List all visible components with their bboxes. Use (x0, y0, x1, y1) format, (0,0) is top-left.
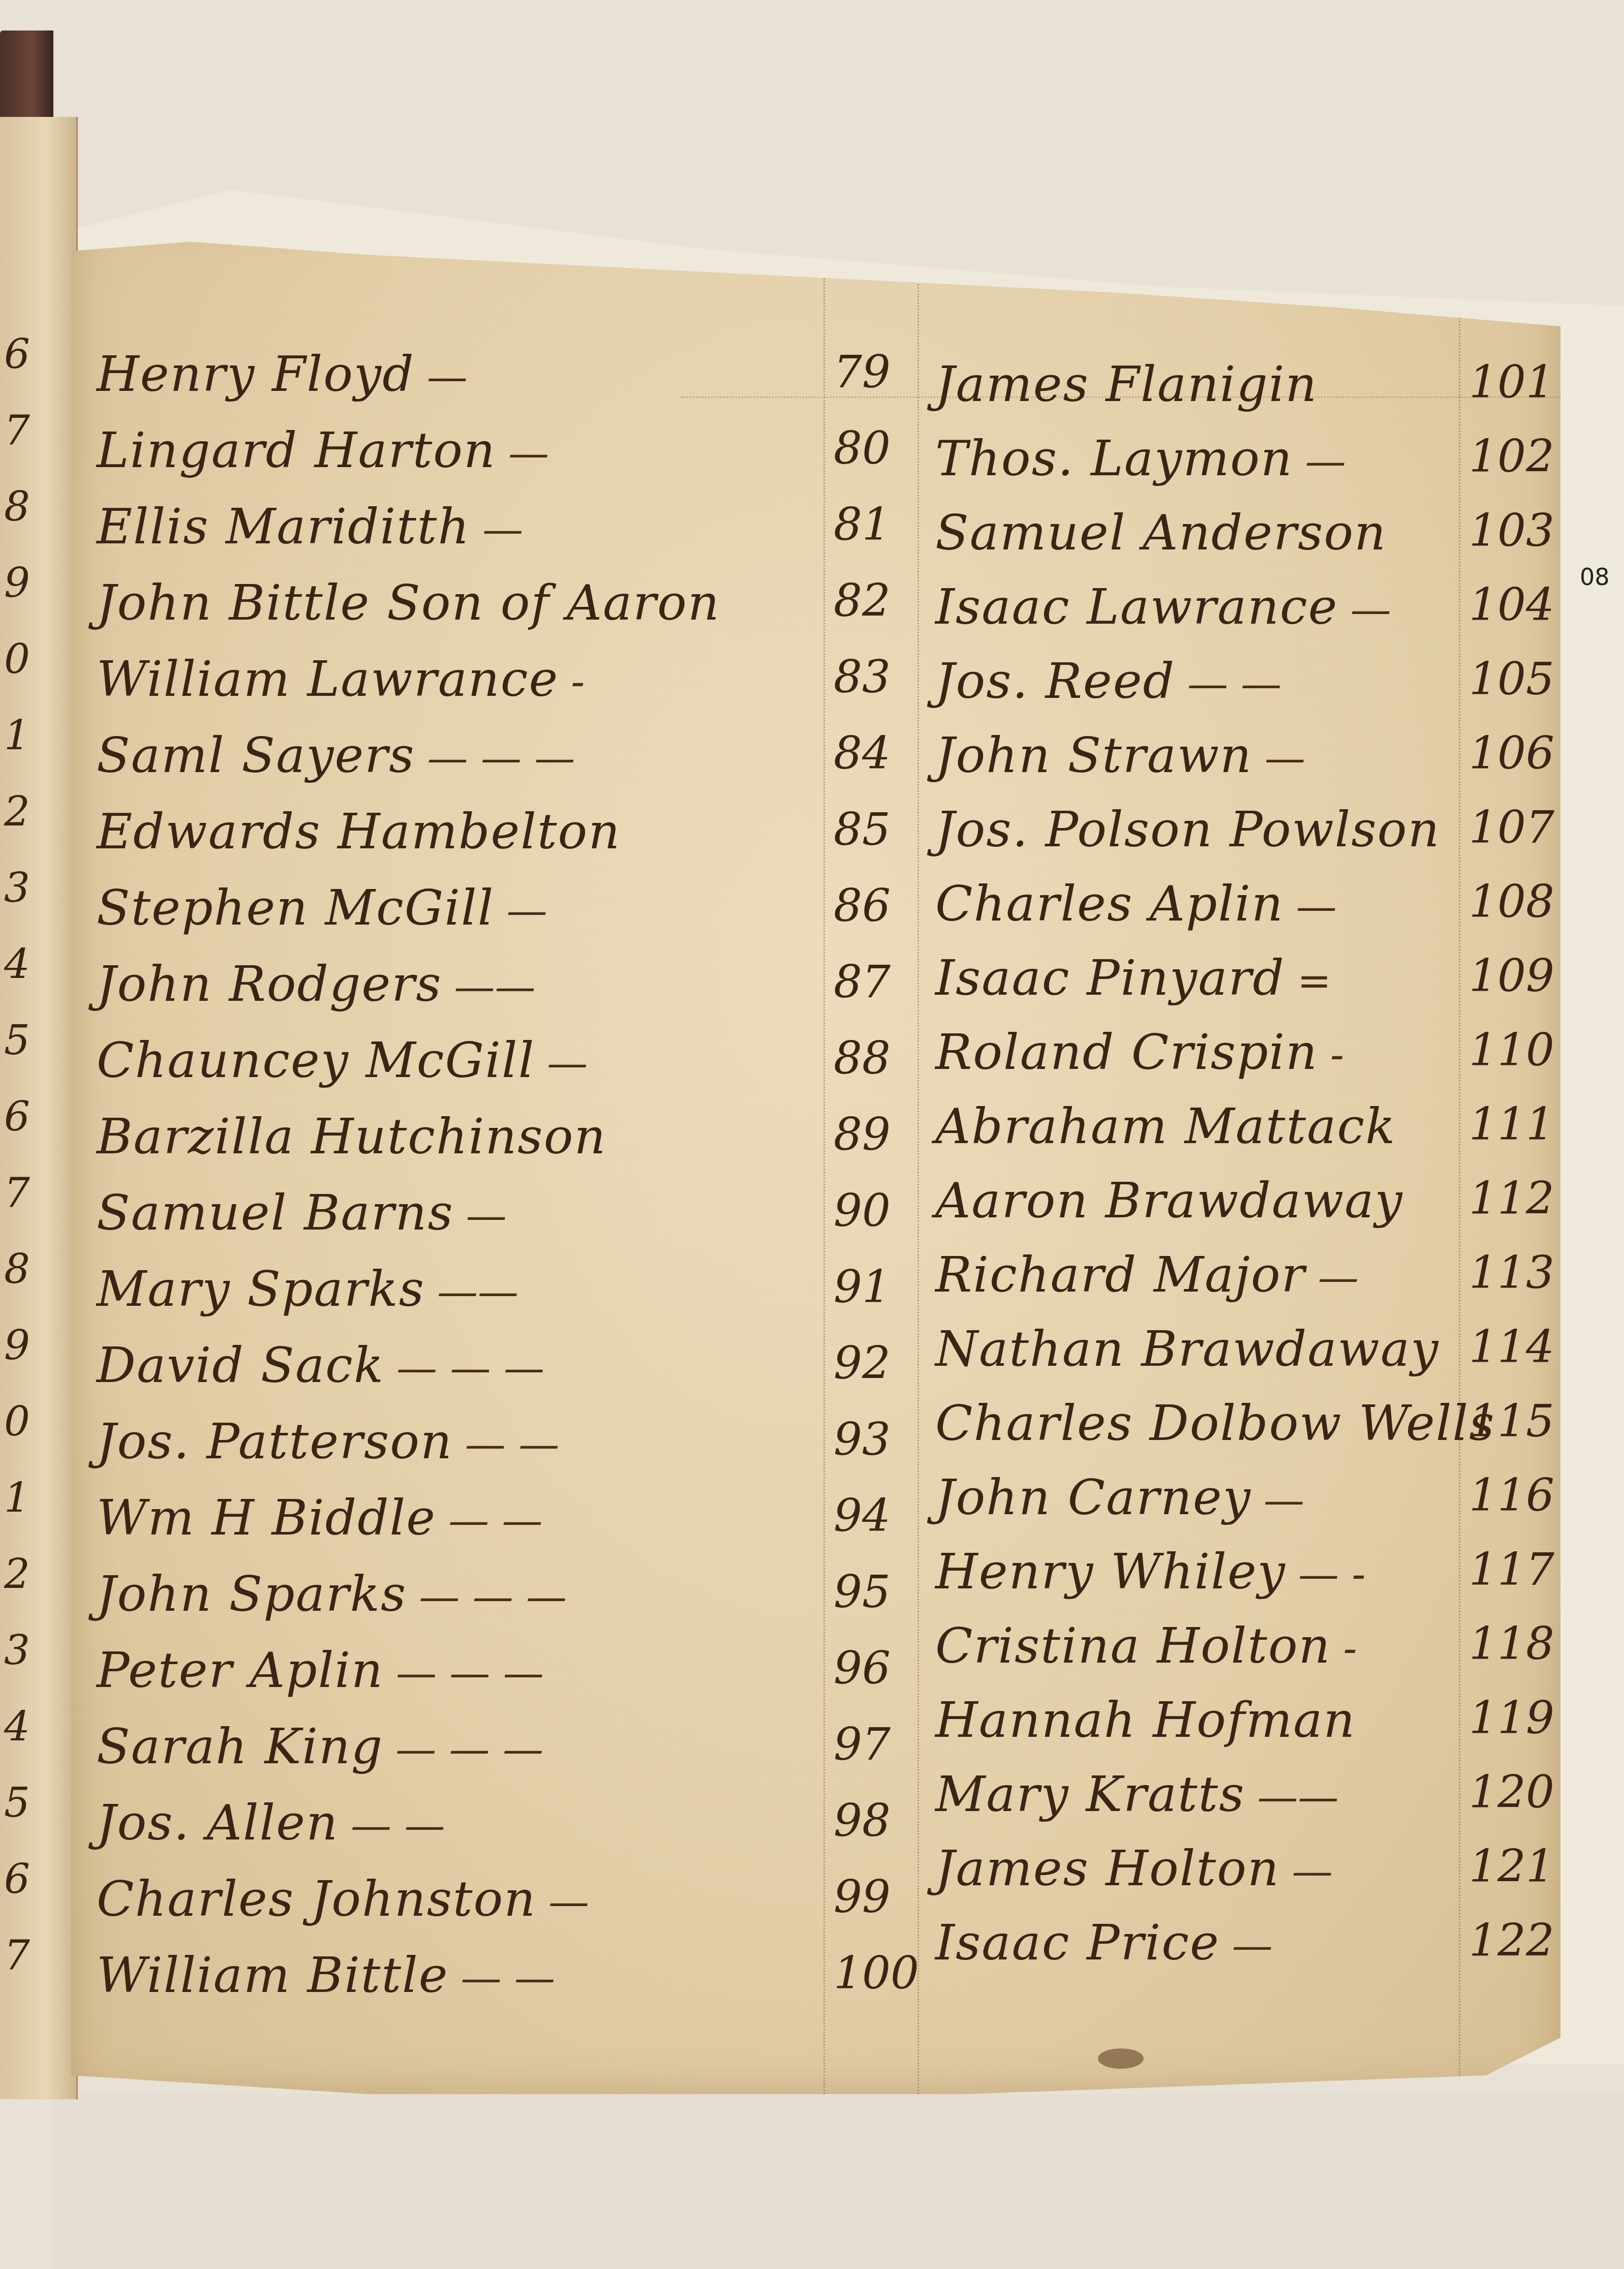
entry-dash: — — — (395, 1726, 543, 1773)
entry-dash: — (1264, 1477, 1304, 1524)
entry-dash: — (1265, 734, 1305, 782)
entry-number: 93 (834, 1413, 891, 1465)
margin-numeral: 8 (4, 483, 30, 530)
ledger-entry: Aaron Brawdaway (935, 1172, 1416, 1229)
margin-numeral: 4 (4, 1703, 30, 1750)
entry-number: 95 (834, 1566, 891, 1618)
entry-name: Isaac Price (935, 1914, 1220, 1971)
entry-number: 109 (1469, 949, 1554, 1002)
ledger-entry: James Holton— (935, 1840, 1333, 1897)
margin-numeral: 3 (4, 864, 30, 911)
entry-name: Samuel Barns (97, 1184, 454, 1241)
entry-dash: — (482, 506, 523, 553)
margin-numeral: 3 (4, 1627, 30, 1674)
ledger-entry: Mary Sparks—— (97, 1261, 518, 1317)
entry-dash: — (1305, 438, 1346, 485)
margin-numeral: 6 (4, 1093, 30, 1140)
entry-dash: —— (437, 1268, 518, 1315)
book-spine (0, 30, 53, 122)
ledger-entry: John Carney— (935, 1469, 1304, 1526)
ledger-entry: James Flanigin (935, 356, 1330, 413)
entry-name: Stephen McGill (97, 879, 494, 936)
entry-dash: —— (1257, 1773, 1338, 1821)
entry-name: Lingard Harton (97, 422, 496, 479)
entry-number: 119 (1469, 1692, 1554, 1744)
entry-name: Peter Aplin (97, 1642, 384, 1699)
archive-label: 08 (1580, 563, 1610, 591)
entry-dash: - (571, 658, 585, 706)
margin-numeral: 4 (4, 940, 30, 988)
entry-dash: — — (351, 1802, 445, 1849)
entry-number: 102 (1469, 430, 1554, 482)
entry-number: 99 (834, 1871, 891, 1923)
entry-dash: — — (465, 1421, 559, 1468)
ledger-entry: Cristina Holton- (935, 1617, 1357, 1674)
margin-numeral: 9 (4, 1322, 30, 1369)
ledger-entry: Mary Kratts—— (935, 1766, 1338, 1823)
ledger-entry: Isaac Pinyard= (935, 949, 1331, 1006)
entry-name: Richard Major (935, 1246, 1306, 1303)
entry-number: 89 (834, 1108, 891, 1160)
entry-name: Cristina Holton (935, 1617, 1331, 1674)
entry-number: 79 (834, 346, 891, 398)
entry-number: 113 (1469, 1246, 1554, 1299)
entry-name: Barzilla Hutchinson (97, 1108, 606, 1165)
entry-number: 100 (834, 1947, 919, 1999)
entry-number: 98 (834, 1794, 891, 1847)
entry-dash: - (1330, 1031, 1344, 1079)
margin-numeral: 6 (4, 330, 30, 378)
ledger-entry: Ellis Mariditth— (97, 498, 523, 555)
ledger-entry: Charles Aplin— (935, 875, 1337, 932)
margin-numeral: 8 (4, 1245, 30, 1293)
ledger-entry: Samuel Barns— (97, 1184, 507, 1241)
ledger-entry: Abraham Mattack (935, 1098, 1408, 1155)
entry-number: 94 (834, 1489, 891, 1542)
entry-dash: — (1318, 1254, 1359, 1301)
ledger-entry: Jos. Patterson— — (97, 1413, 559, 1470)
entry-dash: — — — (419, 1573, 567, 1620)
ledger-entry: Lingard Harton— (97, 422, 549, 479)
entry-name: Mary Sparks (97, 1261, 425, 1317)
entry-name: Ellis Mariditth (97, 498, 470, 555)
ink-stain (1098, 2048, 1144, 2069)
ledger-entry: Sarah King— — — (97, 1718, 543, 1775)
ledger-entry: Samuel Anderson (935, 504, 1399, 561)
entry-dash: —— (454, 963, 535, 1010)
margin-numeral: 1 (4, 1474, 30, 1521)
entry-dash: — — — (427, 734, 575, 782)
ledger-entry: William Bittle— — (97, 1947, 555, 2004)
entry-number: 82 (834, 574, 891, 627)
entry-dash: — — (1187, 660, 1281, 708)
entry-number: 120 (1469, 1766, 1554, 1818)
previous-page-edge: 6789012345678901234567 (0, 117, 78, 2099)
entry-dash: — (548, 1878, 589, 1925)
entry-name: Aaron Brawdaway (935, 1172, 1403, 1229)
entry-dash: — (1296, 883, 1337, 930)
entry-number: 87 (834, 956, 891, 1008)
ledger-entry: Nathan Brawdaway (935, 1321, 1451, 1377)
entry-dash: — (427, 353, 468, 401)
ledger-entry: Edwards Hambelton (97, 803, 633, 860)
entry-number: 116 (1469, 1469, 1554, 1521)
entry-dash: - (1343, 1625, 1357, 1672)
entry-dash: — (547, 1039, 588, 1087)
ledger-entry: Henry Floyd— (97, 346, 468, 403)
entry-dash: — (1232, 1922, 1273, 1969)
entry-name: Henry Whiley (935, 1543, 1286, 1600)
entry-number: 122 (1469, 1914, 1554, 1967)
entry-name: Isaac Pinyard (935, 949, 1285, 1006)
entry-name: David Sack (97, 1337, 384, 1394)
entry-name: John Sparks (97, 1566, 407, 1622)
entry-name: Sarah King (97, 1718, 383, 1775)
entry-number: 112 (1469, 1172, 1554, 1224)
entry-name: Jos. Allen (97, 1794, 339, 1851)
margin-numeral: 5 (4, 1017, 30, 1064)
entry-dash: — (466, 1192, 507, 1239)
mounting-sheet-bottom (51, 2094, 1624, 2269)
entry-number: 92 (834, 1337, 891, 1389)
margin-numeral: 7 (4, 1931, 30, 1979)
column-rule-left-numbers (823, 213, 825, 2094)
entry-name: Roland Crispin (935, 1024, 1318, 1081)
entry-dash: — - (1298, 1551, 1365, 1598)
entry-dash: — — (461, 1954, 555, 2002)
entry-name: Jos. Reed (935, 653, 1175, 710)
entry-name: James Holton (935, 1840, 1280, 1897)
entry-number: 107 (1469, 801, 1554, 853)
entry-dash: — (1292, 1848, 1333, 1895)
entry-dash: — — — (396, 1649, 544, 1697)
entry-number: 96 (834, 1642, 891, 1694)
entry-name: Saml Sayers (97, 727, 415, 784)
margin-numeral: 6 (4, 1855, 30, 1903)
entry-name: Hannah Hofman (935, 1692, 1356, 1749)
entry-number: 84 (834, 727, 891, 779)
entry-name: Jos. Patterson (97, 1413, 453, 1470)
ledger-entry: Chauncey McGill— (97, 1032, 588, 1089)
ledger-entry: Jos. Allen— — (97, 1794, 445, 1851)
margin-numeral: 7 (4, 1169, 30, 1216)
entry-name: William Bittle (97, 1947, 449, 2004)
ledger-entry: William Lawrance- (97, 651, 585, 708)
ledger-entry: Roland Crispin- (935, 1024, 1344, 1081)
margin-numeral: 5 (4, 1779, 30, 1826)
ledger-entry: Henry Whiley— - (935, 1543, 1365, 1600)
ledger-entry: Saml Sayers— — — (97, 727, 575, 784)
margin-numeral: 2 (4, 1550, 30, 1598)
ledger-entry: David Sack— — — (97, 1337, 544, 1394)
ledger-entry: Richard Major— (935, 1246, 1359, 1303)
column-rule-center (917, 213, 919, 2094)
entry-name: Isaac Lawrance (935, 578, 1338, 635)
ledger-entry: John Rodgers—— (97, 956, 535, 1013)
entry-number: 105 (1469, 653, 1554, 705)
ledger-entry: Jos. Polson Powlson (935, 801, 1452, 858)
entry-name: William Lawrance (97, 651, 559, 708)
ledger-entry: Charles Johnston— (97, 1871, 589, 1927)
ledger-entry: John Bittle Son of Aaron (97, 574, 732, 631)
ledger-entry: Hannah Hofman (935, 1692, 1368, 1749)
ledger-entry: Jos. Reed— — (935, 653, 1281, 710)
entry-number: 80 (834, 422, 891, 474)
ledger-entry: Stephen McGill— (97, 879, 547, 936)
margin-numeral: 0 (4, 635, 30, 683)
entry-number: 81 (834, 498, 891, 550)
entry-dash: — (1351, 586, 1391, 633)
entry-dash: — — (448, 1497, 542, 1544)
entry-number: 106 (1469, 727, 1554, 779)
entry-number: 118 (1469, 1617, 1554, 1670)
ledger-entry: Isaac Lawrance— (935, 578, 1391, 635)
entry-name: Edwards Hambelton (97, 803, 621, 860)
entry-name: John Bittle Son of Aaron (97, 574, 720, 631)
entry-number: 85 (834, 803, 891, 855)
ledger-entry: Peter Aplin— — — (97, 1642, 544, 1699)
entry-number: 104 (1469, 578, 1554, 631)
entry-number: 90 (834, 1184, 891, 1237)
entry-number: 91 (834, 1261, 891, 1313)
ledger-entry: Isaac Price— (935, 1914, 1273, 1971)
entry-name: James Flanigin (935, 356, 1317, 413)
entry-name: Chauncey McGill (97, 1032, 535, 1089)
entry-name: Charles Aplin (935, 875, 1284, 932)
entry-number: 111 (1469, 1098, 1554, 1150)
ledger-entry: John Strawn— (935, 727, 1305, 784)
ledger-page: Henry Floyd—79Lingard Harton—80Ellis Mar… (71, 213, 1560, 2094)
ledger-entry: Thos. Laymon— (935, 430, 1346, 487)
entry-name: John Strawn (935, 727, 1252, 784)
entry-number: 117 (1469, 1543, 1554, 1596)
column-rule-right-numbers (1459, 213, 1460, 2094)
entry-dash: — — — (396, 1344, 544, 1392)
entry-dash: — (506, 887, 547, 934)
margin-numeral: 1 (4, 712, 30, 759)
entry-number: 97 (834, 1718, 891, 1770)
entry-number: 121 (1469, 1840, 1554, 1892)
entry-number: 103 (1469, 504, 1554, 557)
margin-numeral: 7 (4, 407, 30, 454)
entry-dash: = (1297, 957, 1331, 1004)
entry-dash: — (508, 430, 549, 477)
entry-name: Wm H Biddle (97, 1489, 436, 1546)
entry-number: 114 (1469, 1321, 1554, 1373)
entry-name: Charles Dolbow Wells (935, 1395, 1495, 1452)
entry-number: 101 (1469, 356, 1554, 408)
margin-numeral: 2 (4, 788, 30, 835)
entry-number: 110 (1469, 1024, 1554, 1076)
entry-name: John Carney (935, 1469, 1251, 1526)
entry-number: 88 (834, 1032, 891, 1084)
entry-number: 115 (1469, 1395, 1554, 1447)
entry-number: 108 (1469, 875, 1554, 928)
entry-name: Thos. Laymon (935, 430, 1293, 487)
entry-name: Henry Floyd (97, 346, 415, 403)
entry-name: Abraham Mattack (935, 1098, 1396, 1155)
entry-number: 83 (834, 651, 891, 703)
entry-name: Charles Johnston (97, 1871, 536, 1927)
margin-numeral: 9 (4, 559, 30, 606)
entry-number: 86 (834, 879, 891, 932)
entry-name: Nathan Brawdaway (935, 1321, 1439, 1377)
entry-name: John Rodgers (97, 956, 442, 1013)
entry-name: Samuel Anderson (935, 504, 1387, 561)
margin-numeral: 0 (4, 1398, 30, 1445)
entry-name: Jos. Polson Powlson (935, 801, 1440, 858)
entry-name: Mary Kratts (935, 1766, 1245, 1823)
ledger-entry: Wm H Biddle— — (97, 1489, 543, 1546)
ledger-entry: Barzilla Hutchinson (97, 1108, 619, 1165)
ledger-entry: John Sparks— — — (97, 1566, 567, 1622)
ledger-entry: Charles Dolbow Wells (935, 1395, 1507, 1452)
